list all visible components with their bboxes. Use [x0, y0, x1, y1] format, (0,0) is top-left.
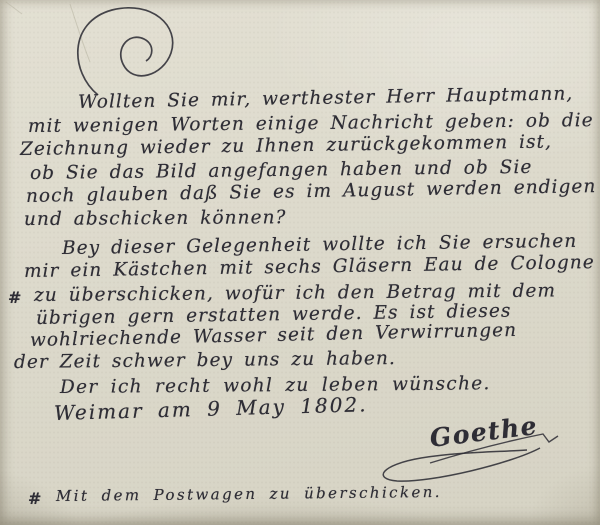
- letter-line: Wollten Sie mir, werthester Herr Hauptma…: [78, 83, 574, 113]
- signature: Goethe: [428, 411, 539, 453]
- letter-line: und abschicken können?: [24, 207, 287, 230]
- paper-scratch: [70, 4, 90, 62]
- letter-page: Wollten Sie mir, werthester Herr Hauptma…: [0, 0, 600, 525]
- letter-line: der Zeit schwer bey uns zu haben.: [14, 348, 396, 373]
- signature-flourish: [383, 448, 540, 481]
- footnote-marker: #: [8, 288, 21, 307]
- paper-scratch: [6, 2, 22, 14]
- postscript-marker: #: [28, 489, 41, 508]
- opening-paraph-flourish: [78, 8, 173, 95]
- postscript-text: Mit dem Postwagen zu überschicken.: [56, 483, 442, 505]
